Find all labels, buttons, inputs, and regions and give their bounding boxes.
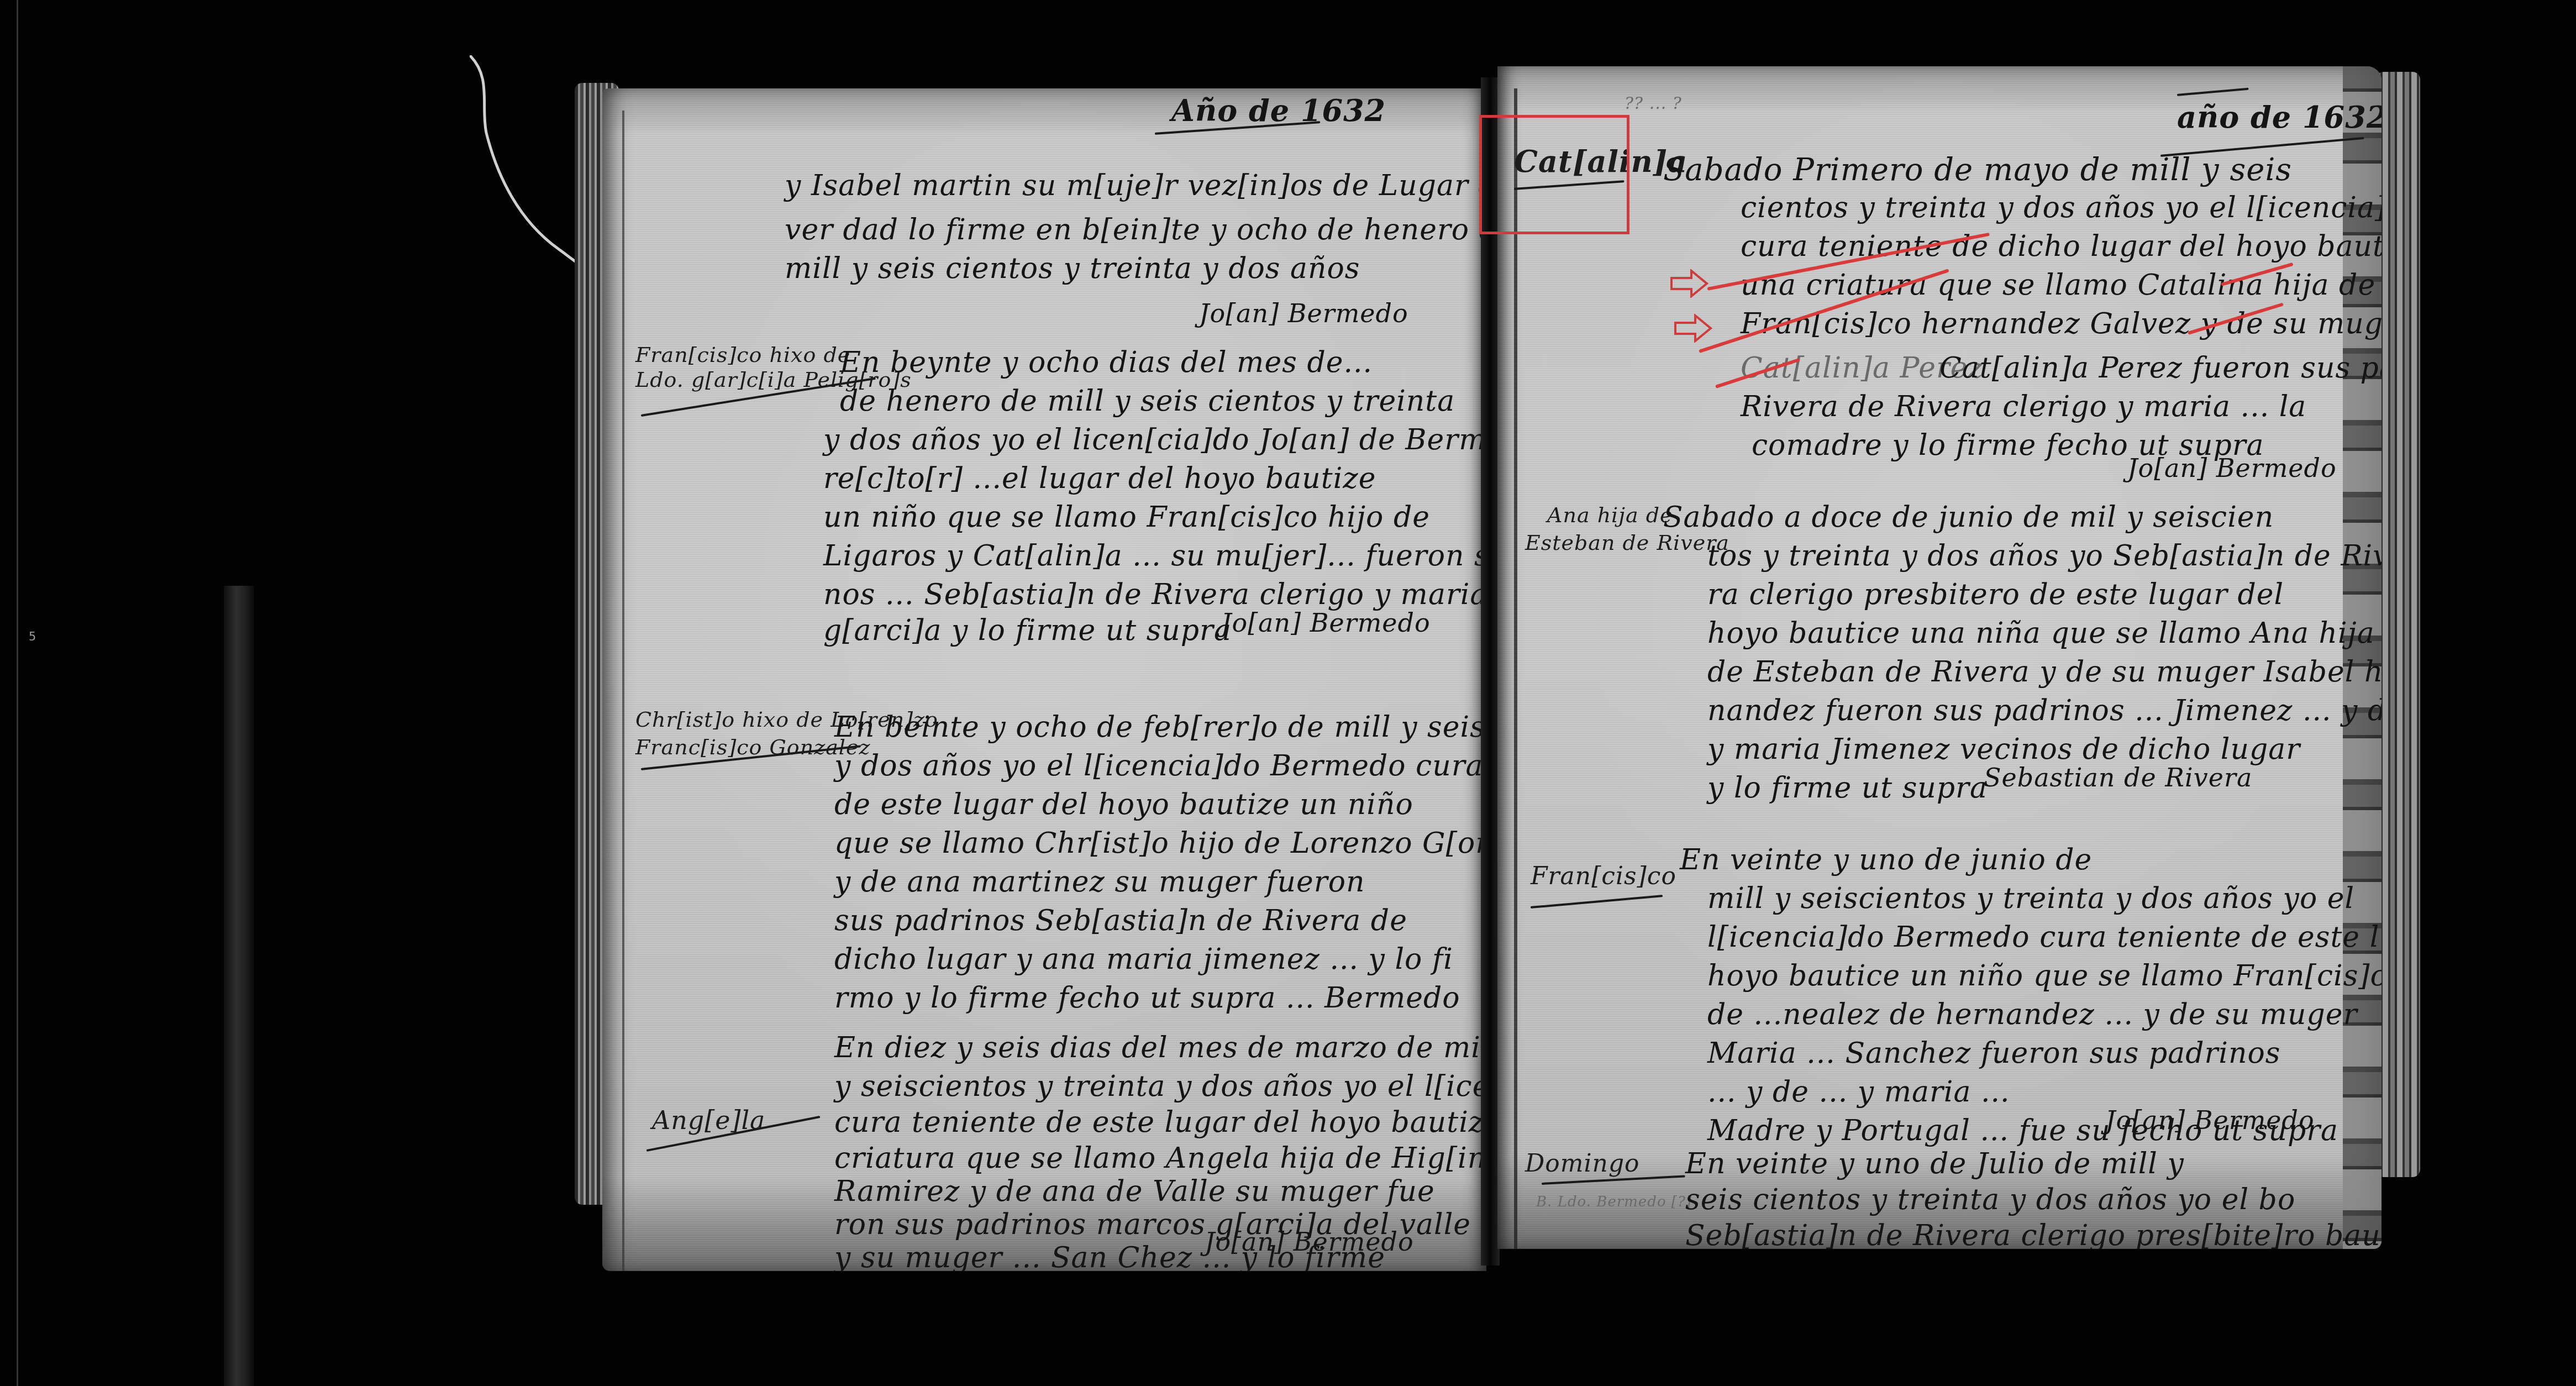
margin-ruling (622, 111, 624, 1271)
annotation-arrow-icon (1670, 269, 1709, 298)
text-line: sus padrinos Seb[astia]n de Rivera de (834, 906, 1407, 935)
left-page: Año de 1632 y Isabel martin su m[uje]r v… (602, 88, 1486, 1271)
text-line: En beynte y ocho dias del mes de... (840, 348, 1373, 377)
text-line: hoyo bautice un niño que se llamo Fran[c… (1707, 962, 2382, 990)
margin-name-note: Domingo (1525, 1149, 1640, 1178)
text-line: y Isabel martin su m[uje]r vez[in]os de … (785, 171, 1486, 200)
page-header-year: año de 1632 (2177, 99, 2382, 135)
text-line: cura teniente de este lugar del hoyo bau… (834, 1108, 1486, 1137)
text-line: Sabado a doce de junio de mil y seiscien (1663, 503, 2274, 532)
margin-name-note: Fran[cis]co hixo de (635, 343, 850, 367)
priest-signature: Jo[an] Bermedo (1221, 608, 1431, 638)
text-line: En veinte y uno de junio de (1680, 846, 2092, 874)
header-overline (2177, 88, 2249, 96)
text-line: nandez fueron sus padrinos ... Jimenez .… (1707, 696, 2382, 725)
text-line: ra clerigo presbitero de este lugar del (1707, 580, 2284, 609)
priest-signature: Jo[an] Bermedo (2127, 453, 2337, 483)
margin-name-note: Ana hija de (1547, 503, 1673, 527)
priest-signature: Sebastian de Rivera (1984, 763, 2252, 792)
scan-edge-mark: 5 (29, 630, 36, 644)
text-line: nos ... Seb[astia]n de Rivera clerigo y … (823, 580, 1486, 609)
text-line: Maria ... Sanchez fueron sus padrinos (1707, 1039, 2280, 1068)
text-line: y seiscientos y treinta y dos años yo el… (834, 1072, 1486, 1101)
text-line: Rivera de Rivera clerigo y maria ... la (1741, 392, 2306, 421)
text-line: re[c]to[r] ...el lugar del hoyo bautize (823, 464, 1376, 493)
text-line: cura teniente de dicho lugar del hoyo ba… (1741, 232, 2382, 261)
margin-ruling (1514, 88, 1517, 1249)
scan-edge-line (17, 0, 18, 1386)
text-line: mill y seis cientos y treinta y dos años (785, 254, 1360, 283)
text-line: seis cientos y treinta y dos años yo el … (1685, 1185, 2295, 1214)
text-line: mill y seiscientos y treinta y dos años … (1707, 884, 2354, 913)
text-line: En beinte y ocho de feb[rer]o de mill y … (834, 713, 1486, 742)
margin-name-note: Fran[cis]co (1531, 862, 1676, 890)
text-line: ... y de ... y maria ... (1707, 1078, 2010, 1106)
book-gutter (1481, 77, 1500, 1266)
text-line: En veinte y uno de Julio de mill y (1685, 1149, 2184, 1178)
text-line: y de ana martinez su muger fueron (834, 868, 1365, 896)
text-line: cientos y treinta y dos años yo el l[ice… (1741, 193, 2382, 222)
text-line: g[arci]a y lo firme ut supra (823, 616, 1232, 645)
scan-support-strip (224, 586, 254, 1386)
text-line: y dos años yo el licen[cia]do Jo[an] de … (823, 426, 1486, 454)
text-line: de este lugar del hoyo bautize un niño (834, 790, 1413, 819)
text-line: Cat[alin]a Perez fueron sus padrinos Seb… (1939, 354, 2382, 382)
text-line: Fran[cis]co hernandez Galvez y de su mug… (1741, 309, 2382, 338)
annotation-arrow-icon (1674, 314, 1713, 343)
annotation-box-catalina (1479, 115, 1629, 234)
margin-name-note: Esteban de Rivera (1525, 531, 1729, 555)
priest-signature: Jo[an] Bermedo (1199, 298, 1408, 328)
text-line: una criatura que se llamo Catalina hija … (1741, 271, 2375, 300)
text-line: de Esteban de Rivera y de su muger Isabe… (1707, 658, 2382, 686)
text-line: l[icencia]do Bermedo cura teniente de es… (1707, 923, 2382, 952)
text-line: Ligaros y Cat[alin]a ... su mu[jer]... f… (823, 542, 1486, 570)
text-line: Seb[astia]n de Rivera clerigo pres[bite]… (1685, 1221, 2382, 1249)
text-line: tos y treinta y dos años yo Seb[astia]n … (1707, 542, 2382, 570)
page-header-year: Año de 1632 (1171, 93, 1386, 128)
text-line: y dos años yo el l[icencia]do Bermedo cu… (834, 752, 1486, 780)
entry-divider (1531, 895, 1663, 909)
text-line: Sabado Primero de mayo de mill y seis (1663, 155, 2292, 186)
priest-signature: Jo[an] Bermedo (1205, 1227, 1414, 1257)
priest-signature: Jo[an] Bermedo (2105, 1105, 2315, 1135)
text-line: Ramirez y de ana de Valle su muger fue (834, 1177, 1435, 1206)
page-stack-right (2376, 72, 2420, 1177)
text-line: de henero de mill y seis cientos y trein… (840, 387, 1455, 416)
text-line: ver dad lo firme en b[ein]te y ocho de h… (785, 216, 1486, 244)
text-line: y maria Jimenez vecinos de dicho lugar (1707, 735, 2300, 764)
text-line: un niño que se llamo Fran[cis]co hijo de (823, 503, 1430, 532)
text-line: hoyo bautice una niña que se llamo Ana h… (1707, 619, 2375, 648)
text-line: que se llamo Chr[ist]o hijo de Lorenzo G… (834, 829, 1486, 858)
text-line: rmo y lo firme fecho ut supra ... Bermed… (834, 984, 1460, 1012)
text-line: criatura que se llamo Angela hija de Hig… (834, 1144, 1486, 1173)
margin-sub-note: B. Ldo. Bermedo [?] (1536, 1194, 1692, 1210)
text-line: dicho lugar y ana maria jimenez ... y lo… (834, 945, 1453, 974)
text-line: En diez y seis dias del mes de marzo de … (834, 1033, 1486, 1062)
text-line: de ...nealez de hernandez ... y de su mu… (1707, 1000, 2358, 1029)
top-faint-marks: ?? ... ? (1625, 94, 1682, 113)
text-line: y lo firme ut supra (1707, 774, 1988, 802)
